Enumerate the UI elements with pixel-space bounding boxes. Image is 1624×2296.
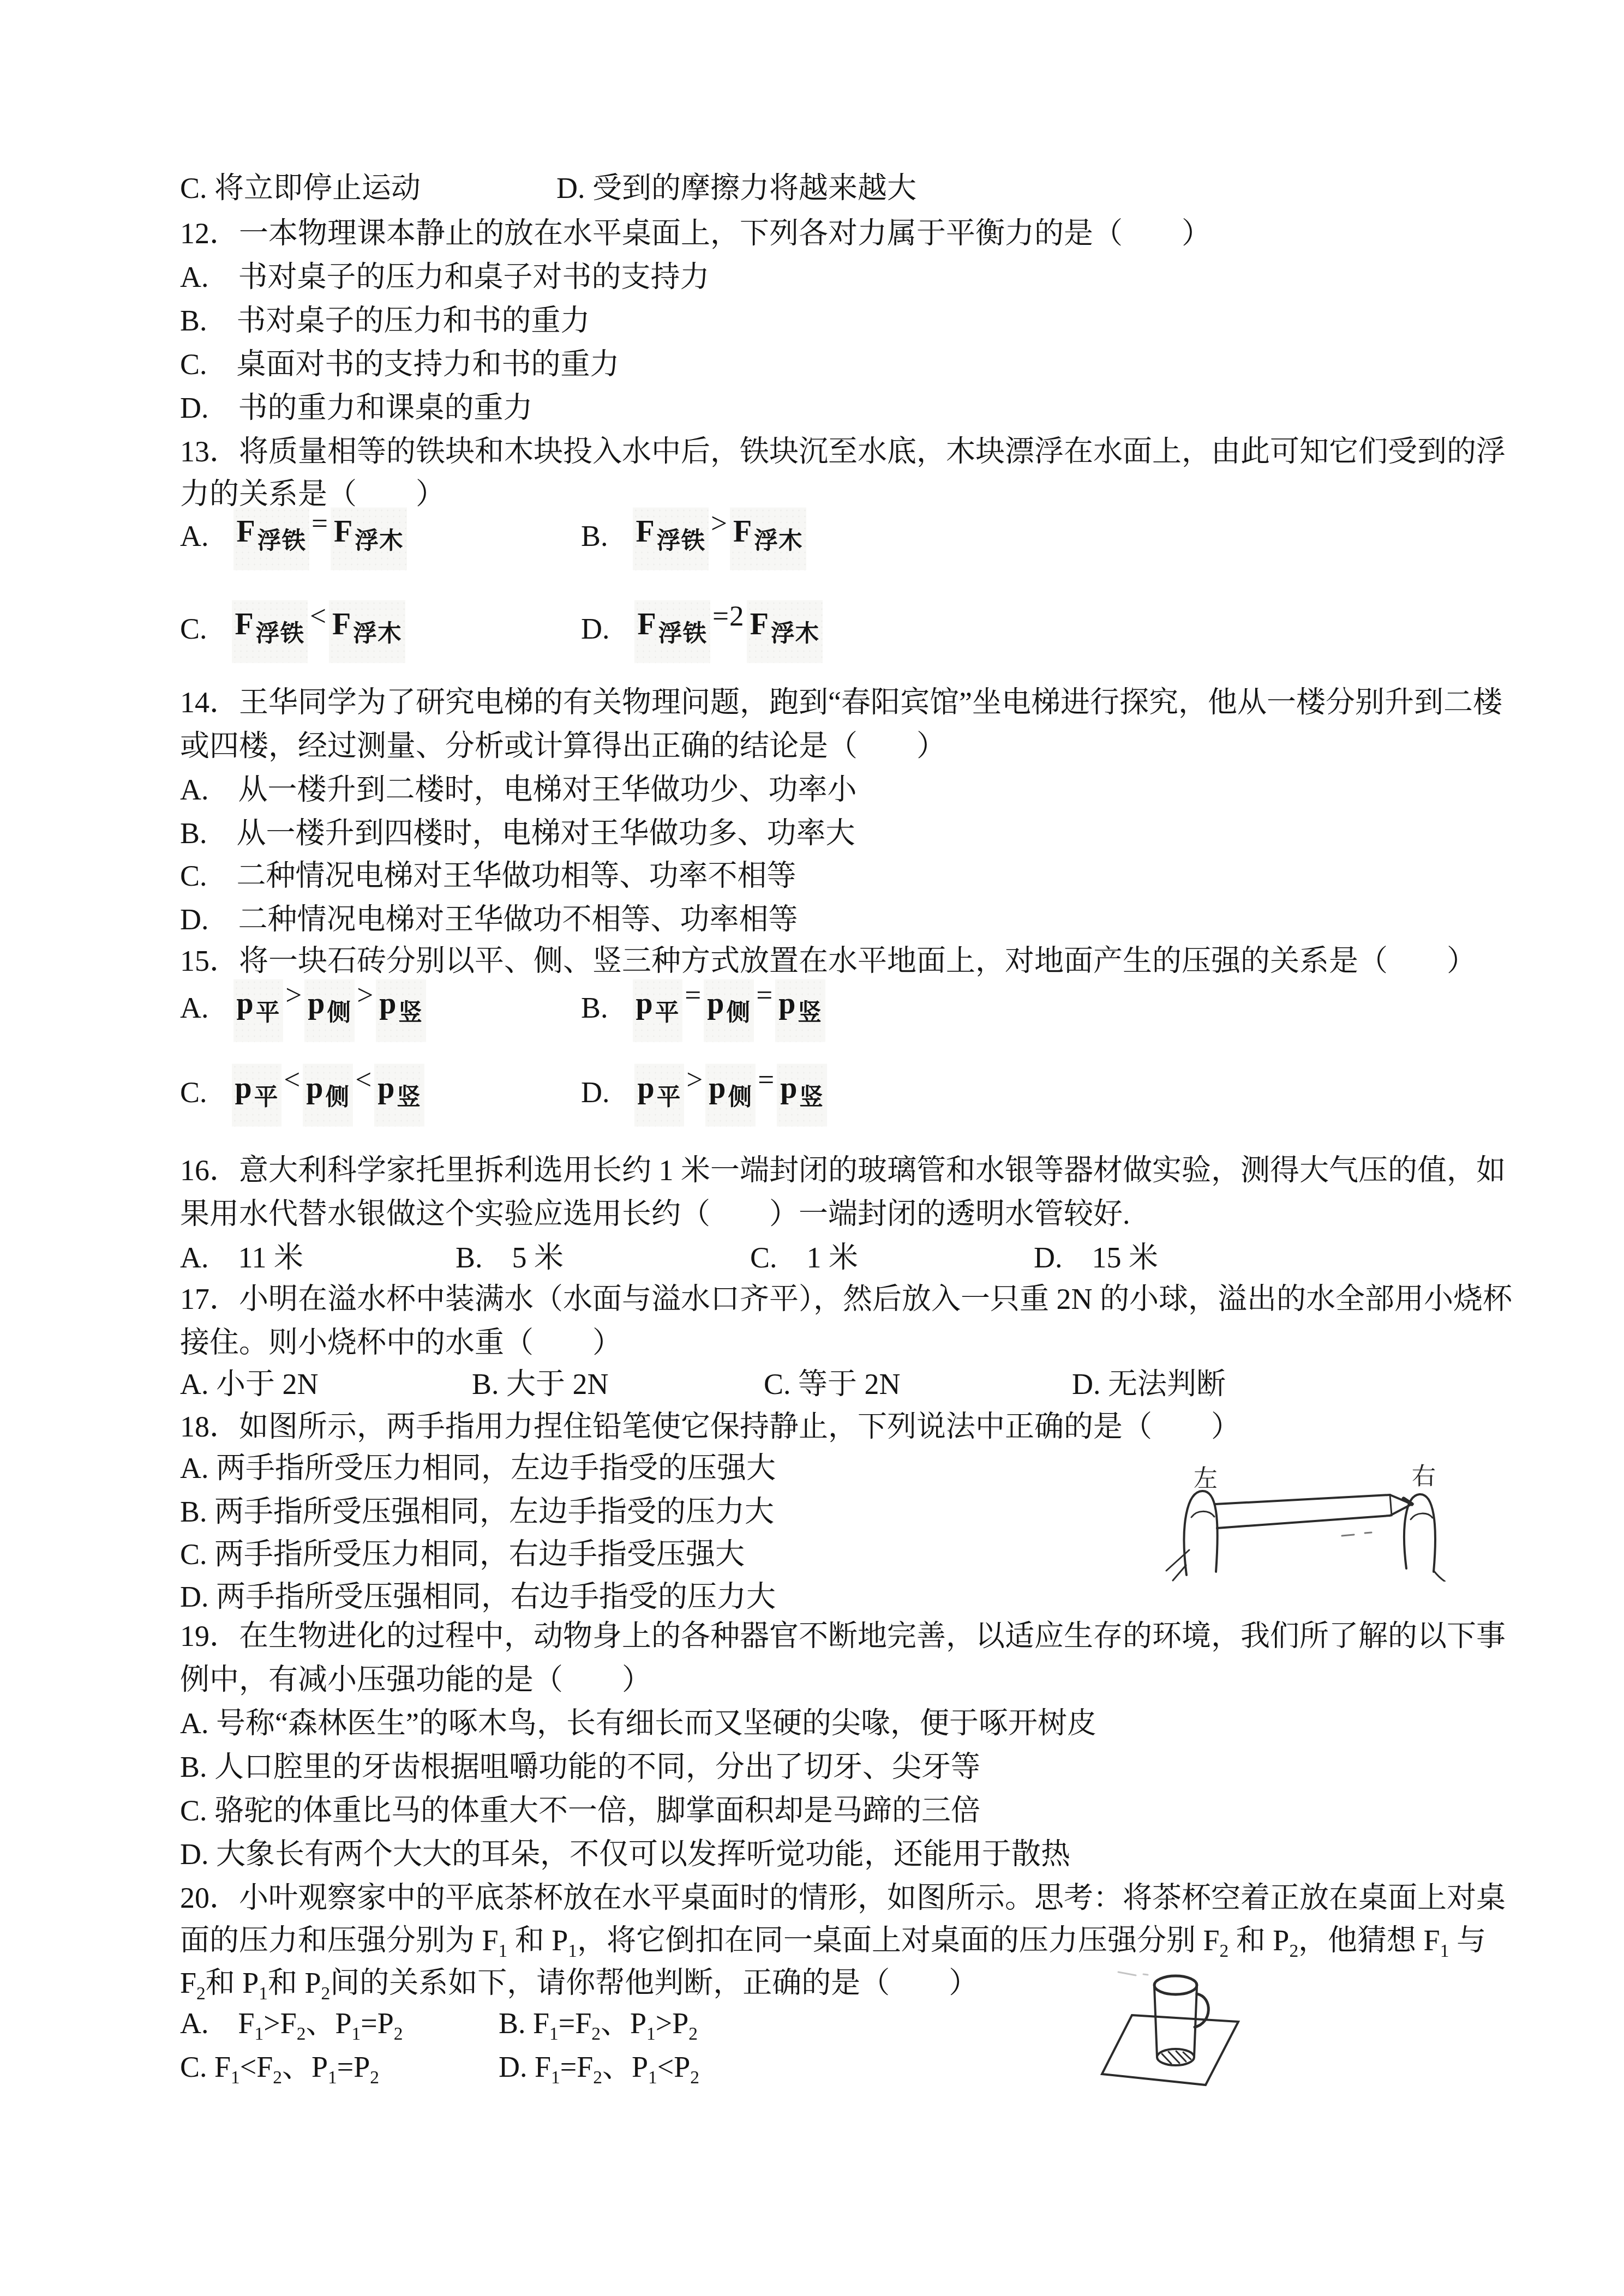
option-label-c: C. xyxy=(180,607,207,651)
q18-option-d: D. 两手指所受压强相同，右边手指受的压力大 xyxy=(180,1575,776,1619)
option-label-c: C. xyxy=(180,1071,207,1114)
option-label-a: A. xyxy=(180,514,209,558)
mug xyxy=(1154,1976,1208,2065)
pencil-label-left: 左 xyxy=(1194,1465,1218,1492)
option-label-d: D. xyxy=(581,1071,610,1114)
q18-option-c: C. 两手指所受压力相同，右边手指受压强大 xyxy=(180,1532,745,1576)
q16-stem-line-2: 果用水代替水银做这个实验应选用长约（ ）一端封闭的透明水管较好. xyxy=(180,1192,1130,1236)
q14-option-d: D. 二种情况电梯对王华做功不相等、功率相等 xyxy=(180,898,798,941)
option-label-a: A. xyxy=(180,986,209,1030)
q17-option-d: D. 无法判断 xyxy=(1072,1362,1226,1406)
pencil xyxy=(1215,1495,1412,1536)
q15-option-b-formula: p平=p侧=p竖 xyxy=(633,973,825,1042)
q15-option-a-formula: p平>p侧>p竖 xyxy=(233,973,426,1042)
q17-option-b: B. 大于 2N xyxy=(472,1362,609,1406)
q16-option-a: A. 11 米 xyxy=(180,1236,303,1279)
q14-option-a: A. 从一楼升到二楼时，电梯对王华做功少、功率小 xyxy=(180,768,857,812)
q18-option-b: B. 两手指所受压强相同，左边手指受的压力大 xyxy=(180,1490,774,1534)
left-finger xyxy=(1166,1491,1218,1580)
q19-stem-line-1: 19．在生物进化的过程中，动物身上的各种器官不断地完善，以适应生存的环境，我们所… xyxy=(180,1614,1506,1658)
q19-option-c: C. 骆驼的体重比马的体重大不一倍，脚掌面积却是马蹄的三倍 xyxy=(180,1789,980,1832)
q14-stem-line-1: 14．王华同学为了研究电梯的有关物理问题，跑到“春阳宾馆”坐电梯进行探究，他从一… xyxy=(180,681,1502,724)
q13-option-c-formula: F浮铁<F浮木 xyxy=(232,594,405,663)
q14-stem-line-2: 或四楼，经过测量、分析或计算得出正确的结论是（ ） xyxy=(180,724,946,768)
exam-page: C. 将立即停止运动 D. 受到的摩擦力将越来越大 12．一本物理课本静止的放在… xyxy=(0,0,1624,2296)
q13-option-b: B. F浮铁>F浮木 xyxy=(581,501,806,570)
q13-option-a-formula: F浮铁=F浮木 xyxy=(233,501,407,570)
q13-option-b-formula: F浮铁>F浮木 xyxy=(633,501,806,570)
q16-option-b: B. 5 米 xyxy=(456,1236,564,1279)
q17-stem-line-1: 17．小明在溢水杯中装满水（水面与溢水口齐平），然后放入一只重 2N 的小球，溢… xyxy=(180,1277,1512,1321)
q20-stem-line-2: 面的压力和压强分别为 F1 和 P1，将它倒扣在同一桌面上对桌面的压力压强分别 … xyxy=(180,1919,1486,1962)
q15-option-c: C. p平<p侧<p竖 xyxy=(180,1057,424,1127)
q18-option-a: A. 两手指所受压力相同，左边手指受的压强大 xyxy=(180,1446,776,1490)
q12-option-c: C. 桌面对书的支持力和书的重力 xyxy=(180,342,620,386)
q20-option-d: D. F1=F2、P1<P2 xyxy=(499,2045,699,2100)
q20-stem-line-3: F2和 P1和 P2间的关系如下，请你帮他判断，正确的是（ ） xyxy=(180,1961,978,2005)
q15-option-d: D. p平>p侧=p竖 xyxy=(581,1057,827,1127)
q15-option-a: A. p平>p侧>p竖 xyxy=(180,973,426,1042)
q20-option-c: C. F1<F2、P1=P2 xyxy=(180,2045,379,2100)
option-label-d: D. xyxy=(581,607,610,651)
q15-option-d-formula: p平>p侧=p竖 xyxy=(634,1057,827,1127)
q17-option-c: C. 等于 2N xyxy=(764,1362,901,1406)
q19-option-d: D. 大象长有两个大大的耳朵，不仅可以发挥听觉功能，还能用于散热 xyxy=(180,1832,1070,1876)
q16-stem-line-1: 16．意大利科学家托里拆利选用长约 1 米一端封闭的玻璃管和水银等器材做实验，测… xyxy=(180,1149,1506,1192)
q12-stem: 12．一本物理课本静止的放在水平桌面上，下列各对力属于平衡力的是（ ） xyxy=(180,212,1211,255)
q17-stem-line-2: 接住。则小烧杯中的水重（ ） xyxy=(180,1321,622,1365)
q15-option-b: B. p平=p侧=p竖 xyxy=(581,973,825,1042)
q11-option-c: C. 将立即停止运动 xyxy=(180,166,421,210)
scan-smudge xyxy=(1118,1972,1148,1975)
pencil-label-right: 右 xyxy=(1412,1463,1436,1490)
q19-option-a: A. 号称“森林医生”的啄木鸟，长有细长而又坚硬的尖喙，便于啄开树皮 xyxy=(180,1702,1096,1745)
q13-option-d: D. F浮铁=2F浮木 xyxy=(581,594,823,663)
q11-option-d: D. 受到的摩擦力将越来越大 xyxy=(556,166,916,210)
q12-option-a: A. 书对桌子的压力和桌子对书的支持力 xyxy=(180,255,710,299)
q15-option-c-formula: p平<p侧<p竖 xyxy=(232,1057,424,1127)
q19-stem-line-2: 例中，有减小压强功能的是（ ） xyxy=(180,1658,651,1702)
q17-option-a: A. 小于 2N xyxy=(180,1362,319,1406)
q13-stem-line-1: 13．将质量相等的铁块和木块投入水中后，铁块沉至水底，木块漂浮在水面上，由此可知… xyxy=(180,430,1506,473)
q16-option-d: D. 15 米 xyxy=(1034,1236,1158,1279)
q16-option-c: C. 1 米 xyxy=(750,1236,858,1279)
right-finger xyxy=(1404,1494,1445,1582)
option-label-b: B. xyxy=(581,514,608,558)
q14-option-c: C. 二种情况电梯对王华做功相等、功率不相等 xyxy=(180,854,796,898)
q12-option-d: D. 书的重力和课桌的重力 xyxy=(180,386,533,430)
q18-stem: 18．如图所示，两手指用力捏住铅笔使它保持静止，下列说法中正确的是（ ） xyxy=(180,1405,1241,1448)
mug-figure xyxy=(1095,1958,1248,2091)
q13-option-d-formula: F浮铁=2F浮木 xyxy=(634,594,823,663)
q13-option-a: A. F浮铁=F浮木 xyxy=(180,501,407,570)
q19-option-b: B. 人口腔里的牙齿根据咀嚼功能的不同，分出了切牙、尖牙等 xyxy=(180,1745,980,1789)
q14-option-b: B. 从一楼升到四楼时，电梯对王华做功多、功率大 xyxy=(180,812,855,855)
q20-stem-line-1: 20．小叶观察家中的平底茶杯放在水平桌面时的情形，如图所示。思考：将茶杯空着正放… xyxy=(180,1876,1506,1920)
q13-option-c: C. F浮铁<F浮木 xyxy=(180,594,405,663)
q12-option-b: B. 书对桌子的压力和书的重力 xyxy=(180,299,590,342)
option-label-b: B. xyxy=(581,986,608,1030)
pencil-figure: 左 右 xyxy=(1162,1434,1446,1582)
